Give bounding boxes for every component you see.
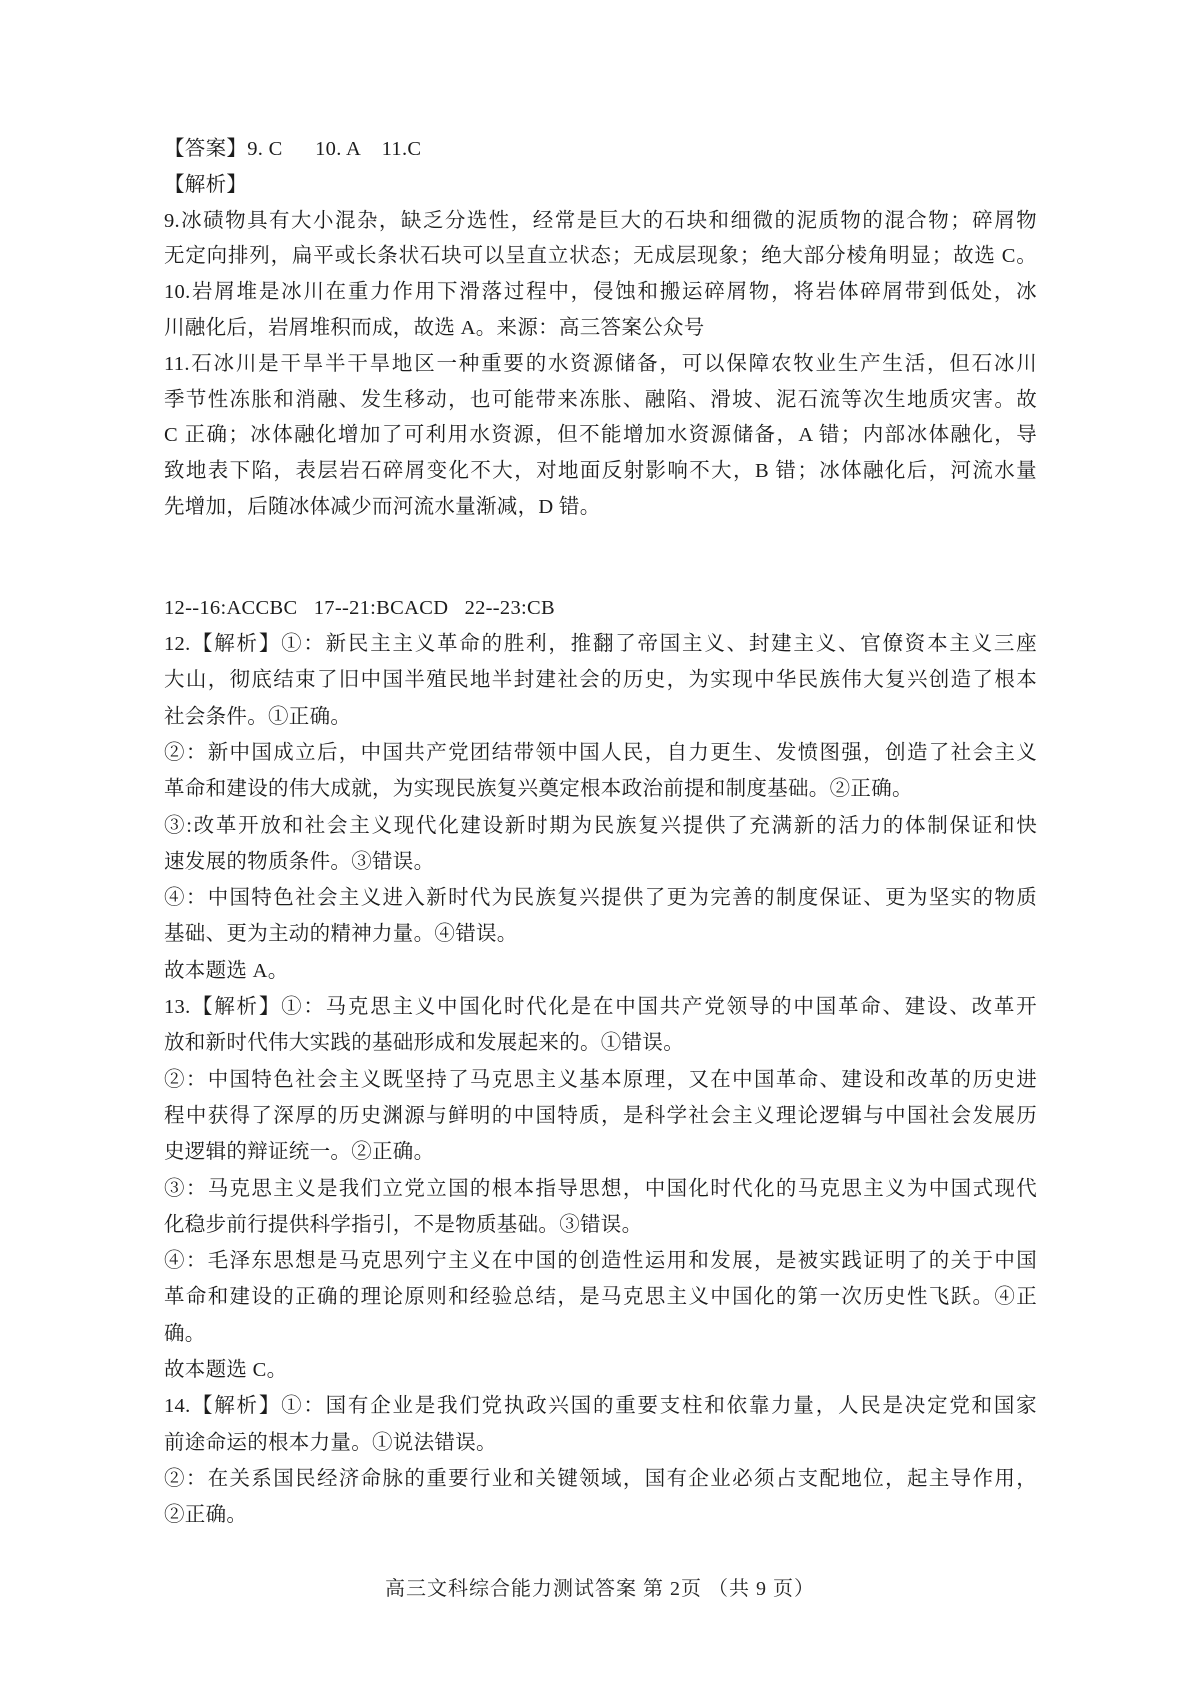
text-line: 11.石冰川是干旱半干旱地区一种重要的水资源储备，可以保障农牧业生产生活，但石冰…: [164, 347, 1037, 383]
document-page: 【答案】9. C 10. A 11.C【解析】9.冰碛物具有大小混杂，缺乏分选性…: [0, 0, 1200, 1698]
text-line: 大山，彻底结束了旧中国半殖民地半封建社会的历史，为实现中华民族伟大复兴创造了根本: [164, 662, 1037, 698]
page-footer: 高三文科综合能力测试答案 第 2页 （共 9 页）: [0, 1572, 1200, 1601]
text-line: 无定向排列，扁平或长条状石块可以呈直立状态；无成层现象；绝大部分棱角明显；故选 …: [164, 239, 1037, 275]
text-line: 史逻辑的辩证统一。②正确。: [164, 1134, 1037, 1170]
text-line: 社会条件。①正确。: [164, 699, 1037, 735]
text-line: C 正确；冰体融化增加了可利用水资源，但不能增加水资源储备，A 错；内部冰体融化…: [164, 418, 1037, 454]
text-line: 前途命运的根本力量。①说法错误。: [164, 1425, 1037, 1461]
text-line: ②：中国特色社会主义既坚持了马克思主义基本原理，又在中国革命、建设和改革的历史进: [164, 1062, 1037, 1098]
text-line: 故本题选 A。: [164, 953, 1037, 989]
text-line: 12.【解析】①：新民主主义革命的胜利，推翻了帝国主义、封建主义、官僚资本主义三…: [164, 626, 1037, 662]
text-line: 确。: [164, 1316, 1037, 1352]
text-line: 基础、更为主动的精神力量。④错误。: [164, 916, 1037, 952]
geography-answers-section: 【答案】9. C 10. A 11.C【解析】9.冰碛物具有大小混杂，缺乏分选性…: [164, 132, 1037, 526]
text-line: 化稳步前行提供科学指引，不是物质基础。③错误。: [164, 1207, 1037, 1243]
text-line: ②正确。: [164, 1497, 1037, 1533]
text-line: 【答案】9. C 10. A 11.C: [164, 132, 1037, 168]
text-line: 9.冰碛物具有大小混杂，缺乏分选性，经常是巨大的石块和细微的泥质物的混合物；碎屑…: [164, 204, 1037, 240]
document-content: 【答案】9. C 10. A 11.C【解析】9.冰碛物具有大小混杂，缺乏分选性…: [164, 132, 1037, 1533]
text-line: 10.岩屑堆是冰川在重力作用下滑落过程中，侵蚀和搬运碎屑物，将岩体碎屑带到低处，…: [164, 275, 1037, 311]
text-line: 13.【解析】①：马克思主义中国化时代化是在中国共产党领导的中国革命、建设、改革…: [164, 989, 1037, 1025]
text-line: ③：马克思主义是我们立党立国的根本指导思想，中国化时代化的马克思主义为中国式现代: [164, 1171, 1037, 1207]
text-line: 致地表下陷，表层岩石碎屑变化不大，对地面反射影响不大，B 错；冰体融化后，河流水…: [164, 454, 1037, 490]
text-line: 14.【解析】①：国有企业是我们党执政兴国的重要支柱和依靠力量，人民是决定党和国…: [164, 1388, 1037, 1424]
text-line: ④：毛泽东思想是马克思列宁主义在中国的创造性运用和发展，是被实践证明了的关于中国: [164, 1243, 1037, 1279]
text-line: 程中获得了深厚的历史渊源与鲜明的中国特质，是科学社会主义理论逻辑与中国社会发展历: [164, 1098, 1037, 1134]
text-line: ④：中国特色社会主义进入新时代为民族复兴提供了更为完善的制度保证、更为坚实的物质: [164, 880, 1037, 916]
text-line: 12--16:ACCBC 17--21:BCACD 22--23:CB: [164, 590, 1037, 626]
text-line: 革命和建设的正确的理论原则和经验总结，是马克思主义中国化的第一次历史性飞跃。④正: [164, 1279, 1037, 1315]
text-line: ③:改革开放和社会主义现代化建设新时期为民族复兴提供了充满新的活力的体制保证和快: [164, 808, 1037, 844]
text-line: 故本题选 C。: [164, 1352, 1037, 1388]
text-line: 放和新时代伟大实践的基础形成和发展起来的。①错误。: [164, 1025, 1037, 1061]
text-line: 川融化后，岩屑堆积而成，故选 A。来源：高三答案公众号: [164, 311, 1037, 347]
politics-answers-section: 12--16:ACCBC 17--21:BCACD 22--23:CB12.【解…: [164, 590, 1037, 1534]
text-line: 季节性冻胀和消融、发生移动，也可能带来冻胀、融陷、滑坡、泥石流等次生地质灾害。故: [164, 383, 1037, 419]
text-line: 速发展的物质条件。③错误。: [164, 844, 1037, 880]
text-line: ②：在关系国民经济命脉的重要行业和关键领域，国有企业必须占支配地位，起主导作用，: [164, 1461, 1037, 1497]
text-line: 【解析】: [164, 168, 1037, 204]
text-line: 先增加，后随冰体减少而河流水量渐减，D 错。: [164, 490, 1037, 526]
text-line: 革命和建设的伟大成就，为实现民族复兴奠定根本政治前提和制度基础。②正确。: [164, 771, 1037, 807]
text-line: ②：新中国成立后，中国共产党团结带领中国人民，自力更生、发愤图强，创造了社会主义: [164, 735, 1037, 771]
